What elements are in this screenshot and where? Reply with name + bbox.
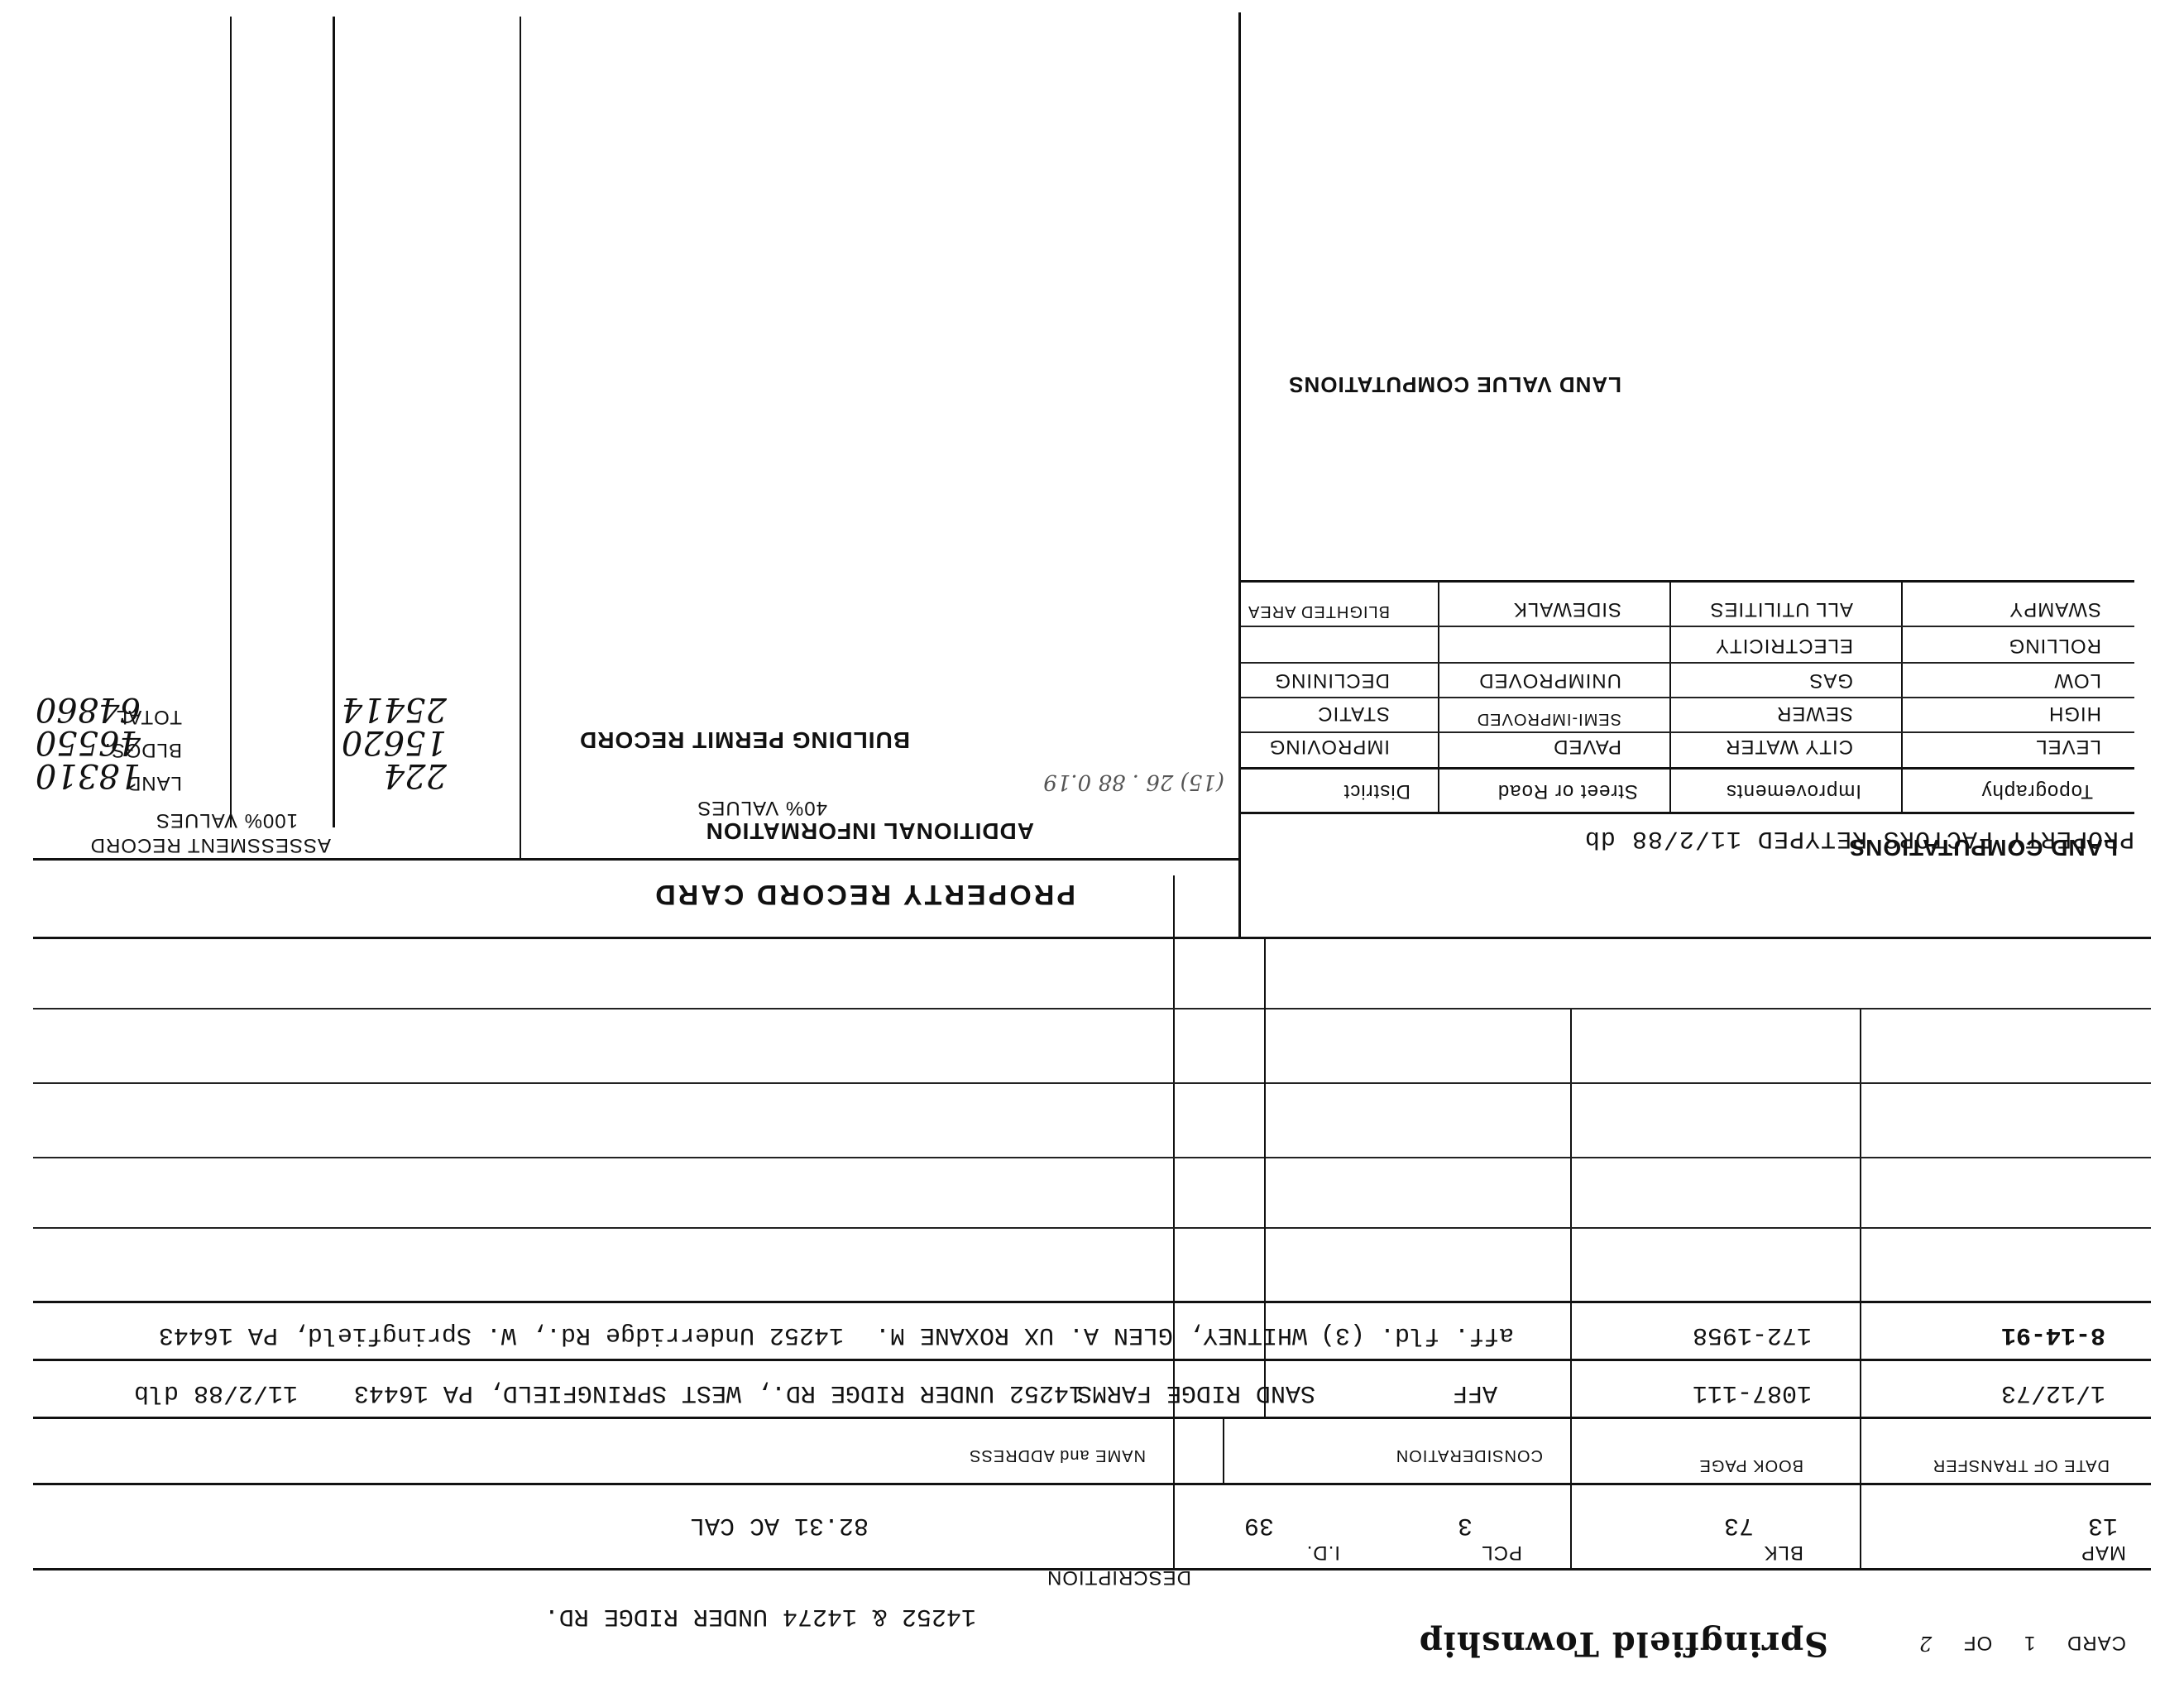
transfer-address: 14252 UNDER RIDGE RD., WEST SPRINGFIELD,… — [354, 1379, 1084, 1407]
transfer-row-rule-2 — [33, 1359, 2151, 1361]
transfer-row-rule-4 — [33, 1227, 2151, 1229]
pf-row-rule — [1241, 662, 2134, 664]
assess-land: 18310 — [36, 756, 141, 794]
additional-info-notes: (15) 26 . 88 0.19 — [1043, 770, 1224, 794]
transfer-consideration: AFF — [1453, 1379, 1497, 1407]
card-label: CARD 1 OF 2 — [1918, 1631, 2126, 1655]
description-value: 14252 & 14274 UNDER RIDGE RD. — [544, 1602, 976, 1630]
district-declining[interactable]: DECLINING — [1274, 669, 1390, 692]
value-40-land: 224 — [384, 756, 447, 794]
road-semi-improved[interactable]: SEMI-IMPROVED — [1477, 709, 1621, 728]
assess-total: 64860 — [36, 690, 141, 728]
pf-bottom-rule — [1241, 580, 2134, 583]
topo-level[interactable]: LEVEL — [2035, 735, 2101, 758]
pf-div-2 — [1669, 583, 1671, 814]
imp-sewer[interactable]: SEWER — [1776, 702, 1853, 725]
pf-col-topography: Topography — [1981, 779, 2093, 803]
map-label: MAP — [2081, 1541, 2126, 1564]
form-title: PROPERTY RECORD CARD — [653, 878, 1075, 910]
topo-swampy[interactable]: SWAMPY — [2009, 597, 2101, 621]
header-rule — [33, 1568, 2151, 1571]
pf-header-rule — [1241, 812, 2134, 814]
township-name: Springfield Township — [1419, 1624, 1828, 1663]
assess-bldgs: 46550 — [36, 723, 141, 761]
th-date: DATE OF TRANSFER — [1933, 1455, 2110, 1475]
transfer-consideration: aff. fld. (3) — [1320, 1321, 1514, 1349]
road-sidewalk[interactable]: SIDEWALK — [1513, 597, 1621, 621]
transfer-name-divider — [1223, 1419, 1224, 1485]
pf-div-1 — [1901, 583, 1903, 814]
topo-high[interactable]: HIGH — [2048, 702, 2101, 725]
pf-row-rule — [1241, 731, 2134, 733]
transfer-note: 11/2/88 dlb — [134, 1379, 298, 1407]
transfer-book-page: 172-1958 — [1693, 1321, 1812, 1349]
map-value: 13 — [2088, 1511, 2118, 1539]
building-permit-title: BUILDING PERMIT RECORD — [579, 727, 910, 753]
acreage-value: 82.31 AC CAL — [690, 1511, 869, 1539]
prc-rule — [33, 858, 1241, 861]
pf-col-district: District — [1343, 779, 1410, 803]
th-name-address: NAME and ADDRESS — [969, 1446, 1146, 1465]
assess-label-col-divider — [230, 17, 232, 827]
transfer-name: WHITNEY, GLEN A. UX ROXANE M. — [875, 1321, 1307, 1349]
topo-low[interactable]: LOW — [2053, 669, 2101, 692]
assessment-record-label: ASSESSMENT RECORD — [90, 833, 331, 856]
district-blighted-area[interactable]: BLIGHTED AREA — [1248, 602, 1390, 621]
imp-all-utilities[interactable]: ALL UTILITIES — [1710, 597, 1854, 621]
section-rule — [33, 937, 2151, 939]
card-of-label: OF — [1963, 1632, 1992, 1654]
district-improving[interactable]: IMPROVING — [1269, 735, 1390, 758]
card-label-text: CARD — [2067, 1632, 2126, 1654]
transfer-row-rule-5 — [33, 1157, 2151, 1158]
main-vertical-divider — [1238, 12, 1241, 939]
road-paved[interactable]: PAVED — [1553, 735, 1621, 758]
property-record-card: CARD 1 OF 2 Springfield Township DESCRIP… — [0, 0, 2184, 1688]
road-unimproved[interactable]: UNIMPROVED — [1478, 669, 1621, 692]
topo-rolling[interactable]: ROLLING — [2009, 634, 2101, 657]
header-divider — [1173, 875, 1175, 1571]
value-40-total: 25414 — [342, 690, 447, 728]
pf-div-3 — [1438, 583, 1439, 814]
imp-electricity[interactable]: ELECTRICITY — [1715, 634, 1853, 657]
transfer-date: 8-14-91 — [2001, 1321, 2105, 1349]
pf-row-rule — [1241, 626, 2134, 627]
land-computations-title: LAND COMPUTATIONS — [1849, 834, 2119, 861]
transfer-date: 1/12/73 — [2001, 1379, 2105, 1407]
transfer-top-rule — [33, 1483, 2151, 1485]
values-40-label: 40% VALUES — [697, 796, 827, 819]
card-number: 1 — [2024, 1632, 2035, 1654]
col-divider-1 — [1860, 1008, 1861, 1571]
pcl-label: PCL — [1481, 1541, 1522, 1564]
pcl-value: 3 — [1458, 1511, 1473, 1539]
land-value-computations-title: LAND VALUE COMPUTATIONS — [1288, 372, 1621, 397]
transfer-name: SAND RIDGE FARMS — [1077, 1379, 1315, 1407]
transfer-row-rule-1 — [33, 1417, 2151, 1419]
pf-sub-rule — [1241, 767, 2134, 770]
transfer-address: 14252 Underridge Rd., W. Springfield, PA… — [159, 1321, 844, 1349]
pf-col-street: Street or Road — [1497, 779, 1638, 803]
pf-col-improvements: Improvements — [1726, 779, 1861, 803]
th-consideration: CONSIDERATION — [1396, 1446, 1543, 1465]
transfer-row-rule-7 — [33, 1008, 2151, 1009]
assessment-sublabel: 100% VALUES — [156, 808, 298, 832]
imp-city-water[interactable]: CITY WATER — [1725, 735, 1853, 758]
values-40-divider — [520, 17, 521, 861]
blk-label: BLK — [1764, 1541, 1803, 1564]
card-total: 2 — [1918, 1632, 1932, 1655]
blk-value: 73 — [1724, 1511, 1754, 1539]
district-static[interactable]: STATIC — [1317, 702, 1390, 725]
additional-info-title: ADDITIONAL INFORMATION — [706, 818, 1034, 844]
th-book-page: BOOK PAGE — [1699, 1455, 1803, 1475]
transfer-book-page: 1087-111 — [1693, 1379, 1812, 1407]
transfer-row-rule-6 — [33, 1082, 2151, 1084]
value-40-bldgs: 15620 — [342, 723, 447, 761]
col-divider-2 — [1570, 1008, 1572, 1571]
pf-row-rule — [1241, 697, 2134, 698]
id-label: I.D. — [1306, 1541, 1340, 1564]
transfer-name-col-line — [1264, 939, 1266, 1419]
year-col-divider — [333, 17, 335, 827]
transfer-row-rule-3 — [33, 1301, 2151, 1303]
id-value: 39 — [1244, 1511, 1274, 1539]
imp-gas[interactable]: GAS — [1808, 669, 1853, 692]
